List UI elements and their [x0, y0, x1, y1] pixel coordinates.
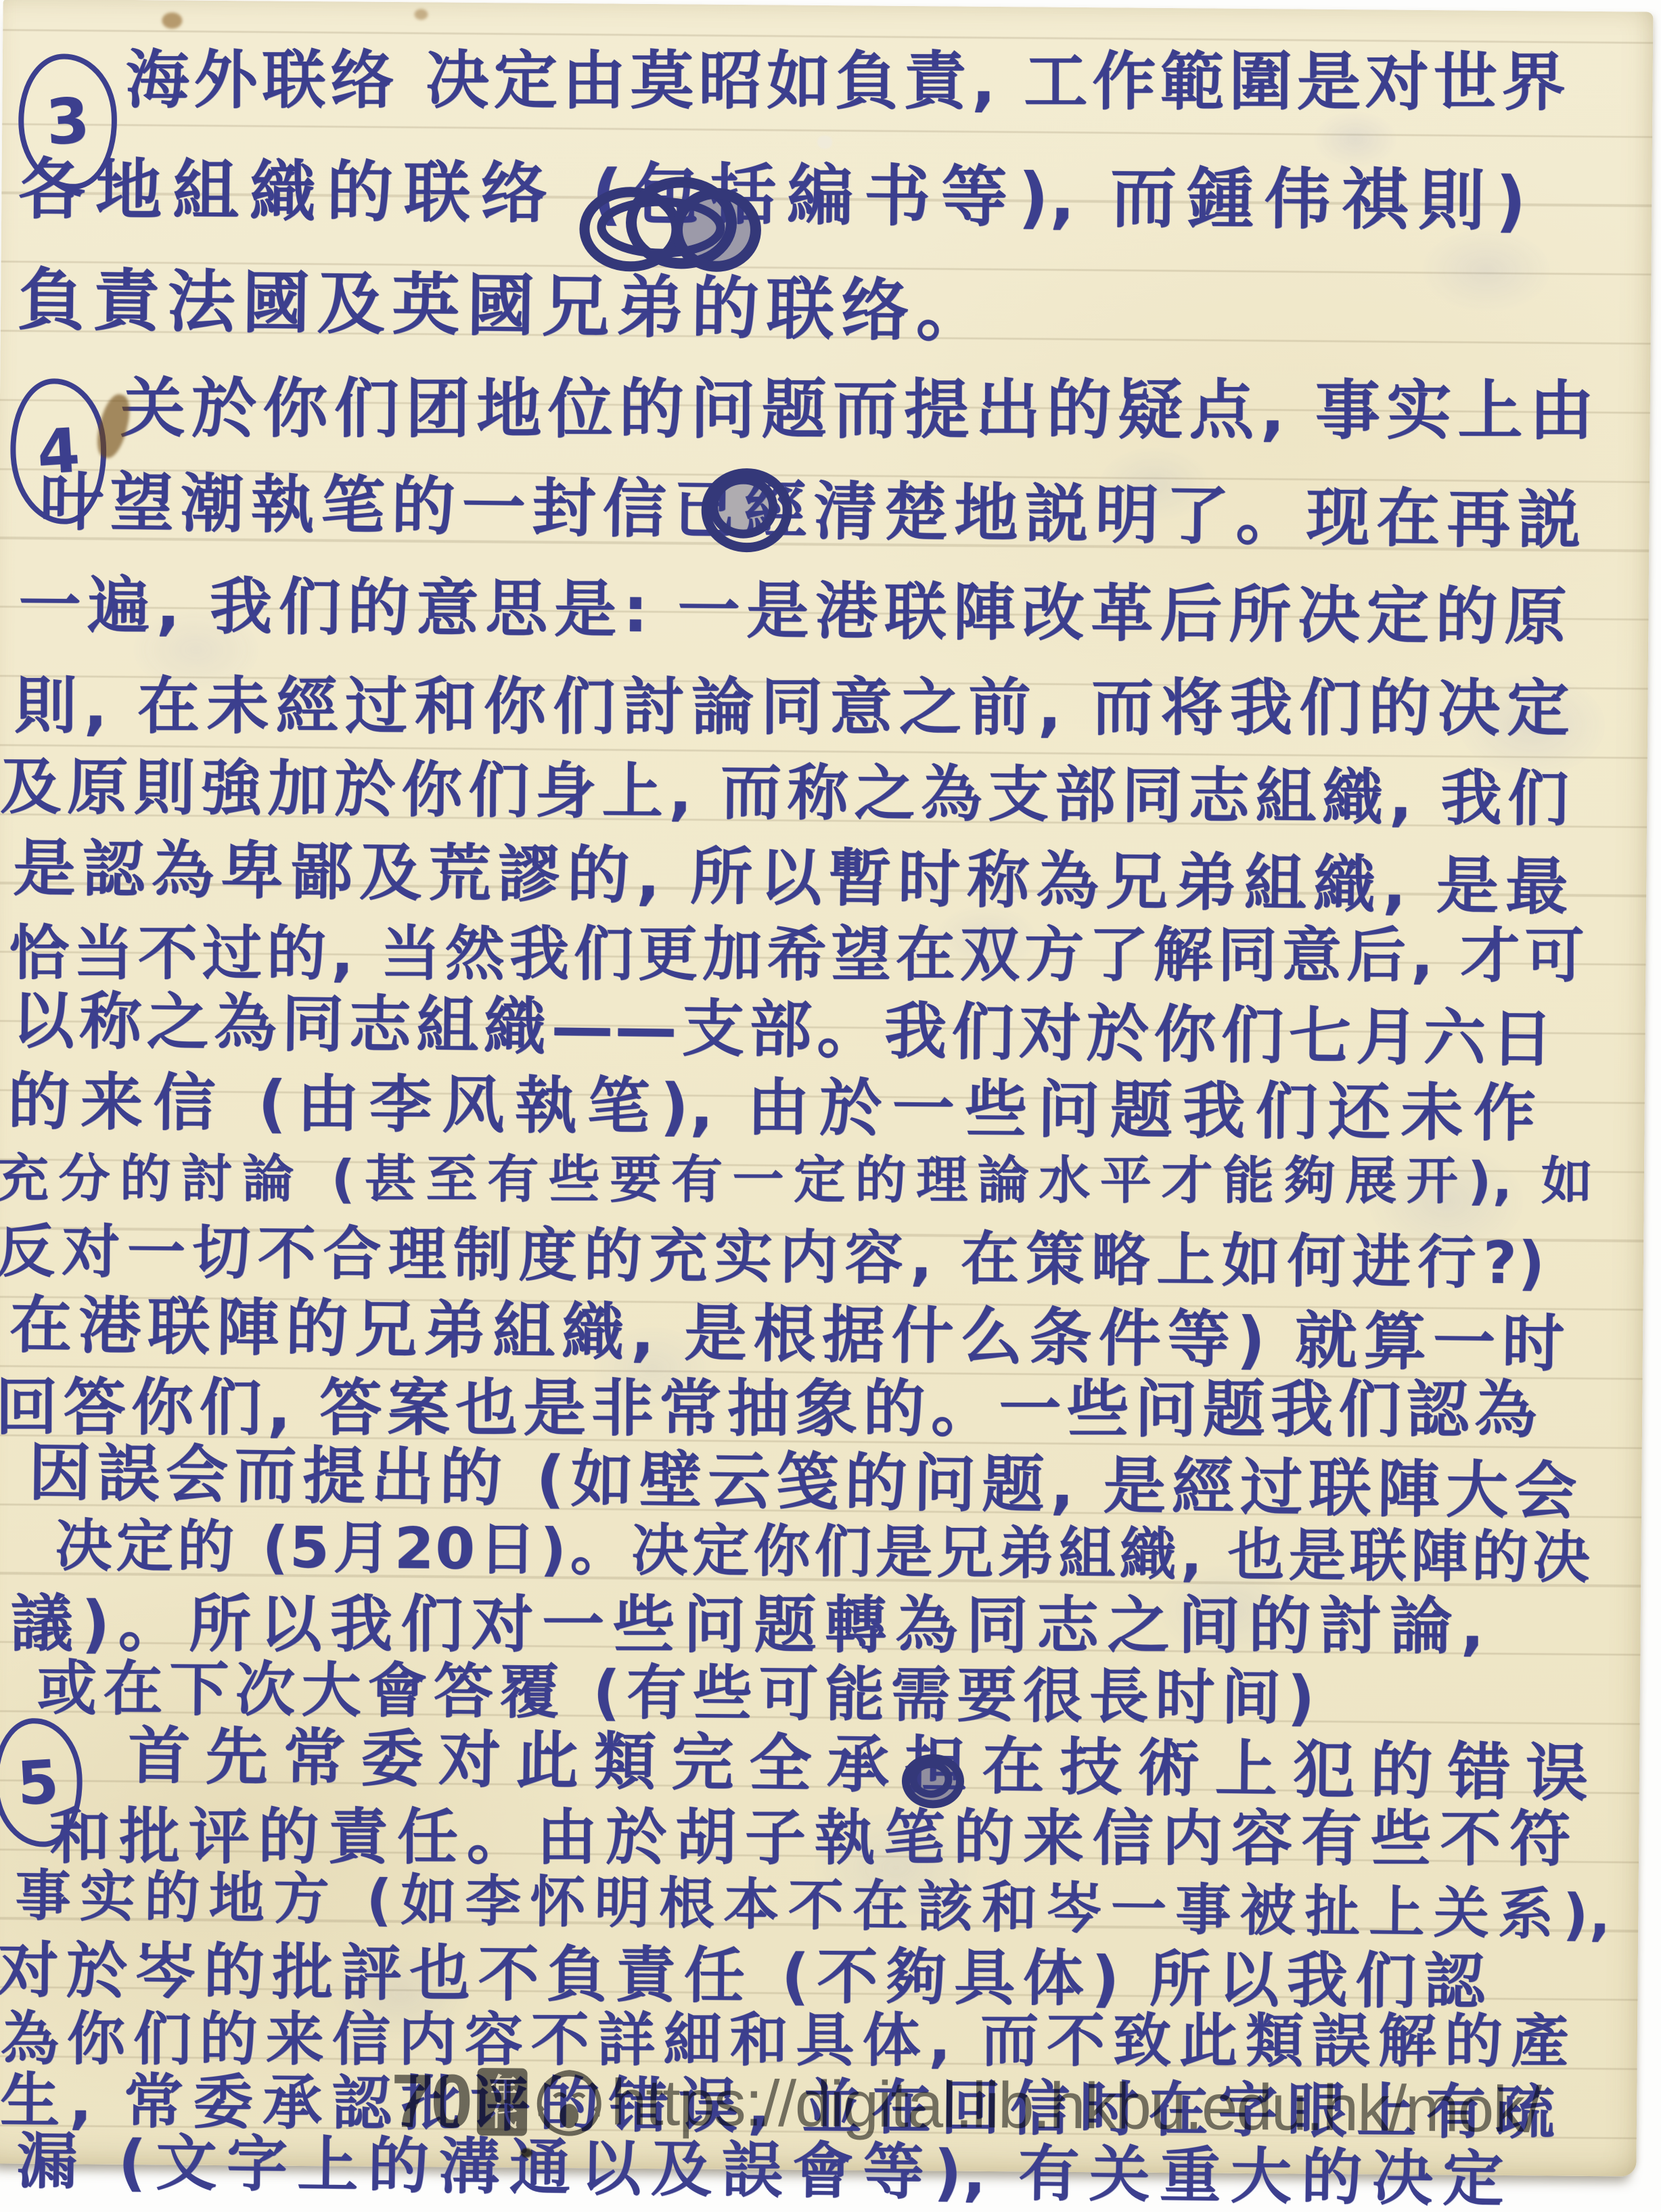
handwritten-line: 关於你们团地位的问题而提出的疑点, 事实上由 [120, 374, 1595, 447]
handwritten-line: 或在下次大會答覆 (有些可能需要很長时间) [37, 1656, 1317, 1730]
screaming-face-icon [533, 2066, 604, 2140]
handwritten-line: 及原則強加於你们身上, 而称之為支部同志組織, 我们 [0, 754, 1570, 832]
handwritten-line: 負責法國及英國兄弟的联络。 [17, 264, 985, 348]
handwritten-line: 議)。所以我们对一些问题轉為同志之间的討論, [11, 1590, 1486, 1660]
handwritten-line: 海外联络 决定由莫昭如負責, 工作範圍是对世界 [126, 46, 1567, 117]
handwritten-line: 的来信 (由李风執笔), 由於一些问题我们还未作 [7, 1068, 1537, 1148]
handwritten-line: 回答你们, 答案也是非常抽象的。一些问题我们認為 [0, 1374, 1538, 1443]
archive-logo: 70 [391, 2063, 470, 2140]
handwritten-line: 首先常委对此類完全承担在技術上犯的错误 [128, 1722, 1590, 1807]
watermark-url: https://digital.lib.hkbu.edu.hk/mok/ [610, 2066, 1541, 2148]
section-number: 5 [15, 1746, 60, 1819]
handwritten-line: 对於岑的批評也不負責任 (不夠具体) 所以我们認 [0, 1938, 1486, 2015]
archive-logo-badge: 年代 [476, 2068, 527, 2136]
section-number: 4 [35, 415, 82, 489]
handwritten-line: 和批评的責任。由於胡子執笔的来信内容有些不符 [49, 1804, 1572, 1872]
ink-scribble [896, 1748, 971, 1813]
watermark: 70 年代 https://digital.lib.hkbu.edu.hk/mo… [391, 2060, 1541, 2150]
document-paper: 海外联络 决定由莫昭如負責, 工作範圍是对世界 各地組織的联络 (包括編书等),… [0, 0, 1654, 2177]
handwritten-line: 一遍, 我们的意思是: 一是港联陣改革后所决定的原 [18, 572, 1568, 651]
handwritten-line: 各地組織的联络 (包括編书等), 而鍾伟祺則) [18, 155, 1528, 238]
section-number: 3 [44, 84, 92, 159]
handwritten-line: 反对一切不合理制度的充实内容, 在策略上如何进行?) [0, 1220, 1546, 1295]
handwritten-line: 恰当不过的, 当然我们更加希望在双方了解同意后, 才可 [9, 921, 1585, 988]
handwritten-line: 决定的 (5月20日)。决定你们是兄弟組織, 也是联陣的决 [55, 1515, 1591, 1589]
ink-scribble [572, 164, 769, 284]
handwritten-line: 充分的討論 (甚至有些要有一定的理論水平才能夠展开), 如 [0, 1151, 1594, 1209]
scanner-background: 海外联络 决定由莫昭如負責, 工作範圍是对世界 各地組織的联络 (包括編书等),… [0, 0, 1661, 2212]
handwritten-line: 則, 在未經过和你们討論同意之前, 而将我们的决定 [14, 673, 1570, 742]
ink-scribble [689, 459, 804, 561]
